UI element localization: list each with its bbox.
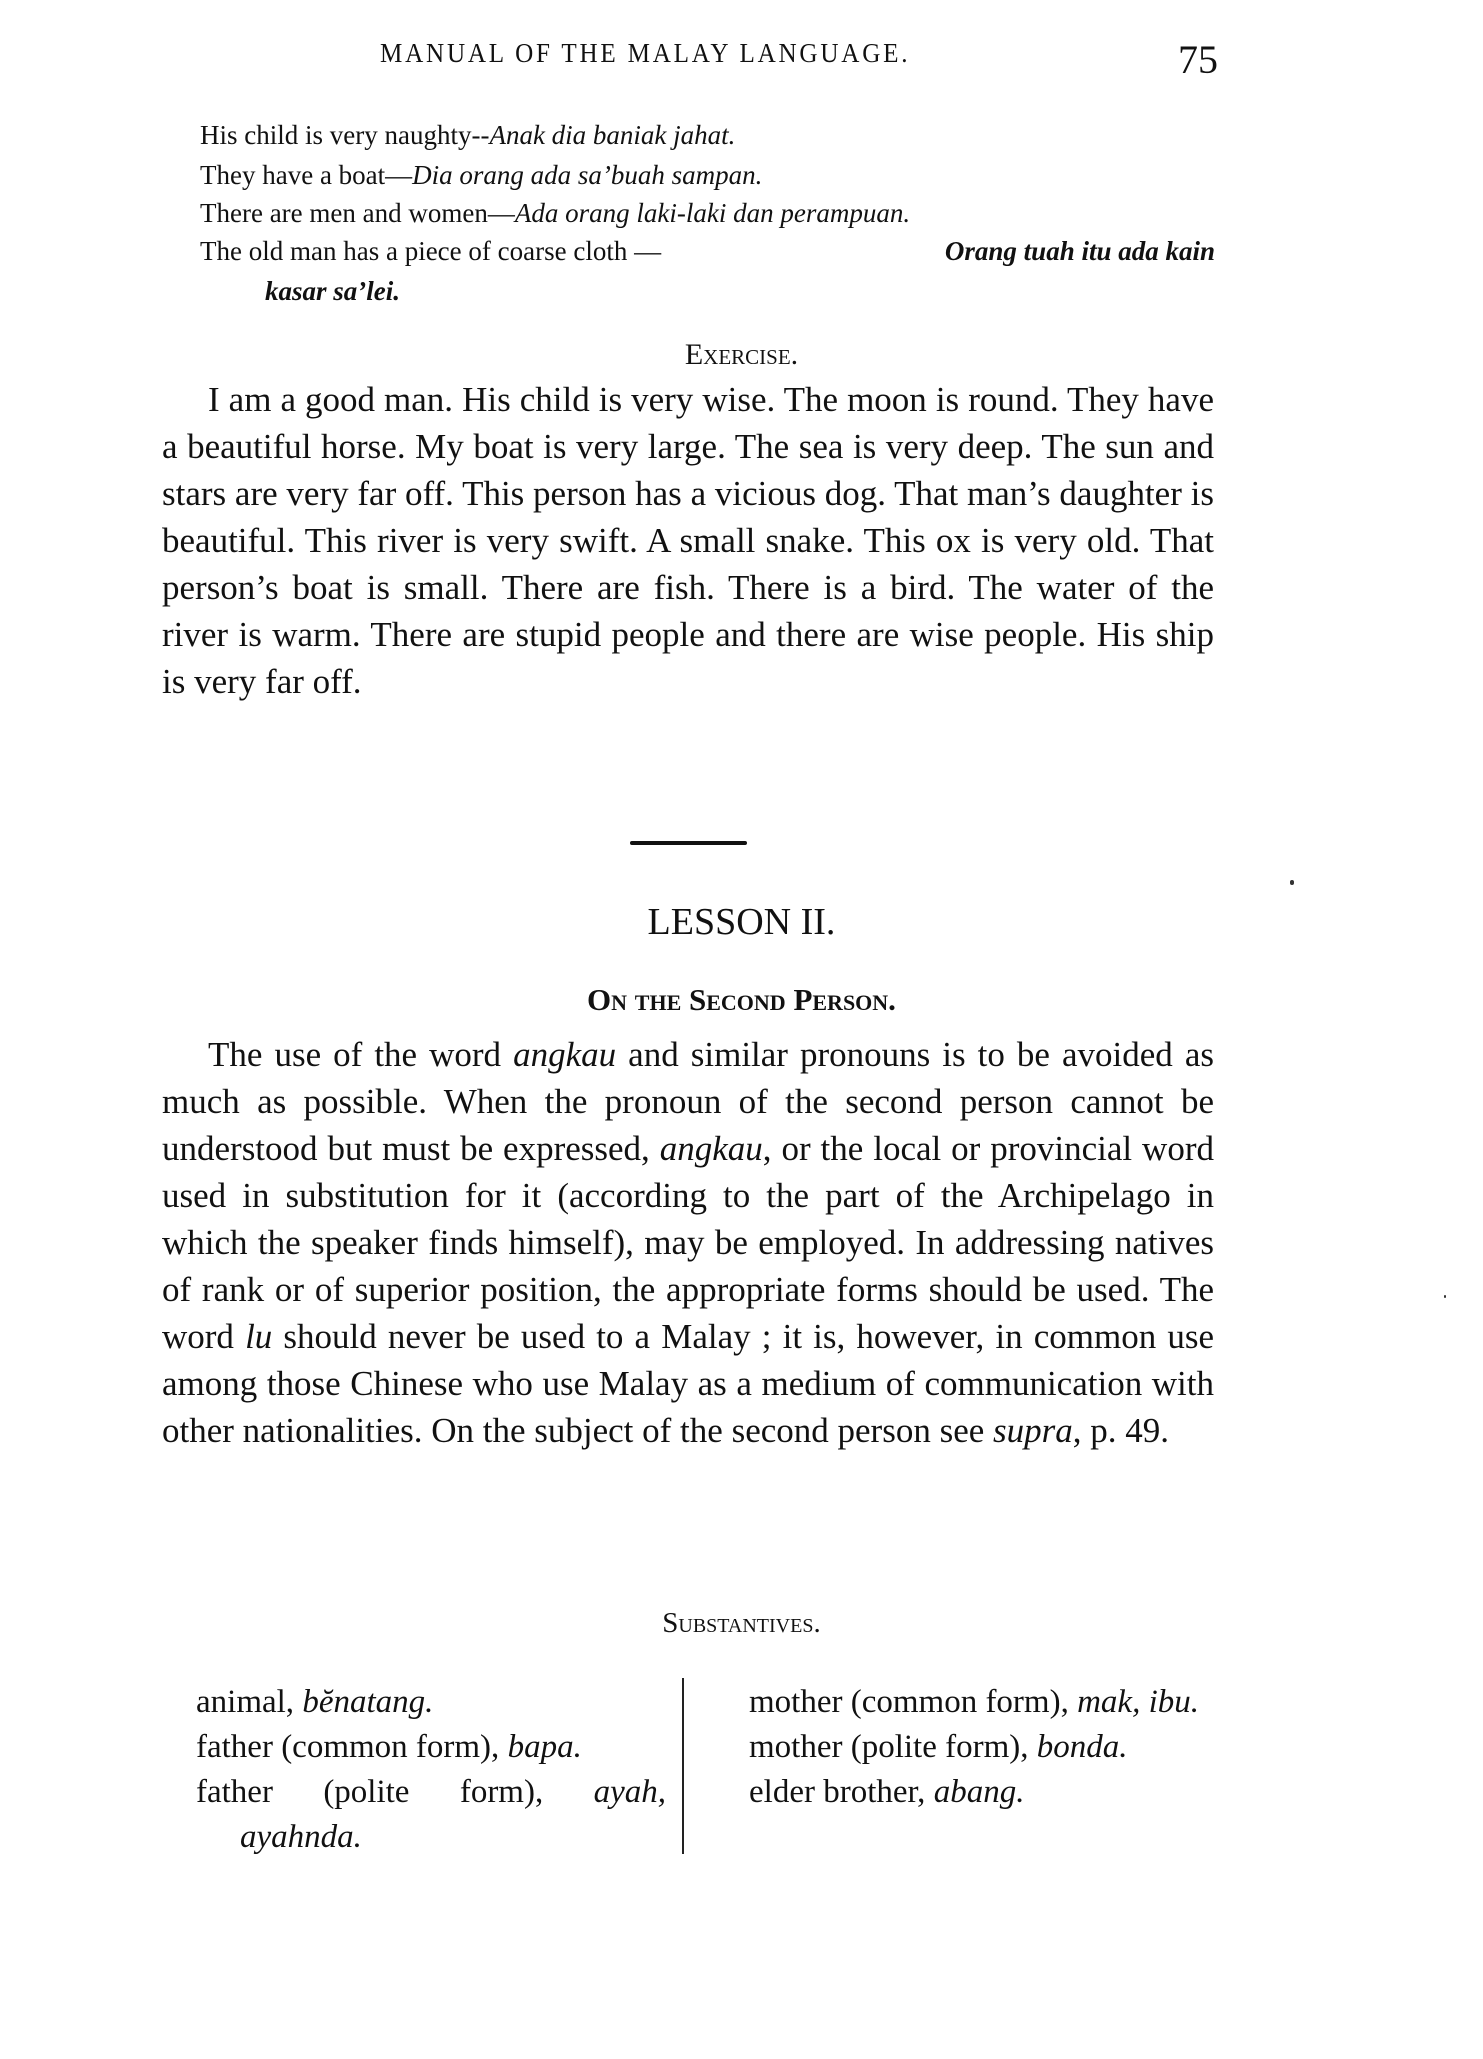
malay-term: angkau [660,1129,763,1168]
vocab-english: mother (common form), [749,1684,1077,1720]
example-english: His child is very naughty-- [200,120,489,150]
vocab-english: father (common form), [196,1729,508,1765]
example-malay: Ada orang laki-laki dan perampuan. [515,198,910,228]
section-rule [630,841,747,845]
exercise-paragraph: I am a good man. His child is very wise.… [162,376,1214,705]
example-line: They have a boat—Dia orang ada sa’buah s… [200,156,762,194]
vocab-english: elder brother, [749,1774,934,1810]
lesson-paragraph: The use of the word angkau and similar p… [162,1031,1214,1454]
vocab-entry: mother (polite form), bonda. [749,1725,1219,1770]
vocab-malay: bapa. [508,1729,582,1765]
column-divider [682,1678,684,1854]
lesson-title: LESSON II. [0,900,1483,944]
vocab-english: mother (polite form), [749,1729,1037,1765]
vocab-column-left: animal, bĕnatang. father (common form), … [196,1680,666,1860]
running-head: MANUAL OF THE MALAY LANGUAGE. [380,38,957,69]
vocab-english: father (polite form), [196,1774,594,1810]
example-english: There are men and women— [200,198,515,228]
example-malay: Orang tuah itu ada kain [945,232,1215,270]
malay-term: lu [245,1317,272,1356]
vocab-entry: father (polite form), ayah, ayahnda. [196,1770,666,1860]
example-line-continued: kasar sa’lei. [265,272,400,310]
vocab-entry: animal, bĕnatang. [196,1680,666,1725]
text-run: The use of the word [208,1035,513,1074]
vocab-entry: mother (common form), mak, ibu. [749,1680,1219,1725]
vocab-column-right: mother (common form), mak, ibu. mother (… [749,1680,1219,1815]
example-english: The old man has a piece of coarse cloth … [200,232,661,270]
page-number: 75 [1178,36,1218,83]
text-run: , p. 49. [1073,1411,1169,1450]
example-line: There are men and women—Ada orang laki-l… [200,194,910,232]
malay-term: angkau [513,1035,616,1074]
example-malay: Dia orang ada sa’buah sampan. [412,160,762,190]
vocab-malay: mak, ibu. [1077,1684,1199,1720]
exercise-heading: Exercise. [0,338,1483,372]
example-malay: Anak dia baniak jahat. [489,120,735,150]
vocab-malay: abang. [934,1774,1025,1810]
example-line: His child is very naughty--Anak dia bani… [200,116,735,154]
lesson-subtitle: On the Second Person. [0,982,1483,1018]
vocab-english: animal, [196,1684,302,1720]
reference-term: supra [993,1411,1073,1450]
scan-speck [1444,1295,1446,1298]
vocab-malay: bĕnatang. [302,1684,433,1720]
vocab-entry: elder brother, abang. [749,1770,1219,1815]
example-malay: kasar sa’lei. [265,276,400,306]
scan-speck [1290,880,1294,885]
example-english: They have a boat— [200,160,412,190]
vocab-entry: father (common form), bapa. [196,1725,666,1770]
vocab-malay: bonda. [1037,1729,1128,1765]
example-line: The old man has a piece of coarse cloth … [200,232,1215,270]
substantives-heading: Substantives. [0,1607,1483,1640]
